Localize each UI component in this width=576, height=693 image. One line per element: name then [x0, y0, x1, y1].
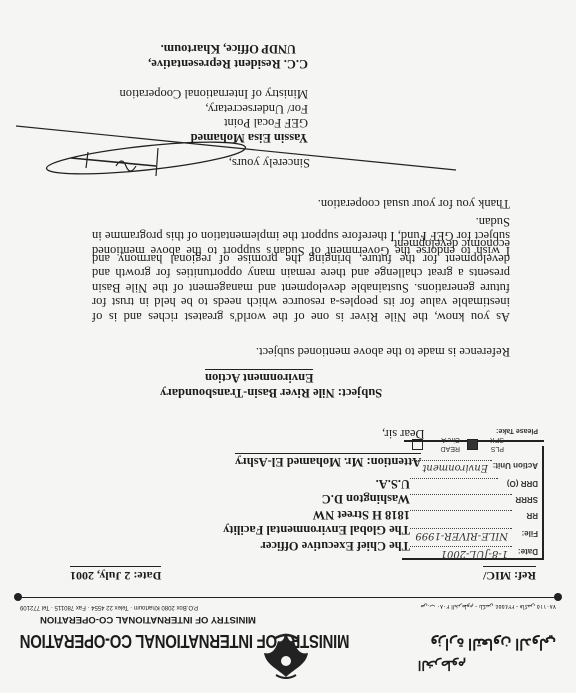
header-rule [18, 597, 558, 598]
body-paragraph-4: Thank you for your usual cooperation. [92, 197, 510, 212]
body-paragraph-1: Reference is made to the above mentioned… [92, 345, 510, 360]
subject-line-2: Environment Action [205, 369, 313, 385]
rule-dot-left [554, 593, 562, 601]
stamp-header: Please Take: [496, 427, 538, 434]
stamp-option-read: READ [441, 445, 460, 452]
recipient-line: Washington D.C [170, 491, 410, 507]
stamp-row-file: File: NILE-RIVER-1999 [410, 526, 538, 538]
stamp-row-date: Date: 1-8-JUL-2001 [410, 544, 538, 556]
signer-name: Yassin Eisa Mohamed [119, 131, 308, 146]
stamp-row-action-unit: Action Unit: Environment [410, 458, 538, 470]
letterhead-contact-arabic: ص.ب ٢٠٨٠ الخرطوم - تلكس ٢٢٤٥٥٤ - فاكس ٧٨… [420, 603, 556, 610]
cc-line-1: C.C. Resident Representative, [148, 57, 308, 72]
stamp-file-value: NILE-RIVER-1999 [415, 530, 508, 541]
letterhead-arabic-title: وزارة التعاون الدولي [430, 634, 556, 653]
recipient-line: The Global Environmental Facility [170, 522, 410, 538]
recipient-line: 1818 H Street NW [170, 507, 410, 523]
letterhead-arabic-subtitle: الخرطوم [418, 657, 466, 673]
stamp-option-spk: SPK [490, 436, 504, 443]
recipient-address: The Chief Executive Officer The Global E… [170, 476, 410, 554]
recipient-line: The Chief Executive Officer [170, 538, 410, 554]
scanned-letter-page: وزارة التعاون الدولي الخرطوم MINISTRY OF… [0, 0, 576, 693]
stamp-row-drr: DRR (O) [410, 476, 538, 488]
signer-title: GEF Focal Point [119, 116, 308, 131]
stamp-checkbox-checked [467, 439, 478, 450]
stamp-date-value: 1-8-JUL-2001 [441, 548, 508, 559]
sudan-emblem-icon [258, 627, 314, 683]
cc-line-2: UNDP Office, Khartoum. [148, 42, 308, 57]
subject-line: Subject: Nile River Basin-Transboundary [160, 385, 382, 400]
letterhead-contact-english: P.O.Box 2080 Khartoum · Telex 22 4554 · … [20, 604, 198, 610]
stamp-action-unit-value: Environment [422, 462, 488, 473]
salutation: Dear sir, [382, 426, 425, 441]
recipient-line: U.S.A. [170, 476, 410, 492]
letter-date: Date: 2 July, 2001 [70, 566, 161, 583]
attention-line: Attention: Mr. Mohamed El-Ashry [235, 453, 421, 469]
signer-organization: Ministry of International Cooperation [119, 87, 308, 102]
signer-block: Yassin Eisa Mohamed GEF Focal Point For/… [119, 87, 308, 145]
stamp-option-pls: PLS [491, 445, 504, 452]
signer-role: For/ Undersecretary, [119, 102, 308, 117]
rule-dot-right [14, 593, 22, 601]
cc-block: C.C. Resident Representative, UNDP Offic… [148, 42, 308, 71]
stamp-row-srrr: SRRR [410, 492, 538, 504]
stamp-row-rr: RR [410, 508, 538, 520]
body-paragraph-3: I wish to endorse the Government of Suda… [92, 215, 510, 259]
letterhead-english-subtitle: MINISTRY OF INTERNATIONAL CO-OPERATION [40, 614, 256, 625]
receipt-stamp: Date: 1-8-JUL-2001 File: NILE-RIVER-1999… [404, 425, 548, 580]
stamp-option-circ: Circ A [441, 436, 460, 443]
